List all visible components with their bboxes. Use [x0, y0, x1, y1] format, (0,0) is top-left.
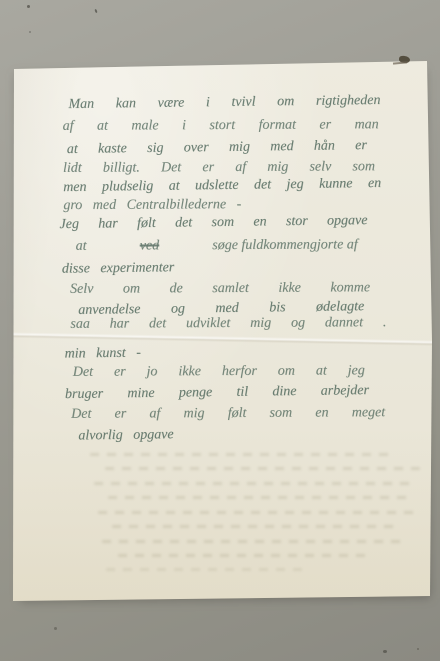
handwriting-line: bruger mine penge til dine arbejder — [65, 383, 369, 403]
handwriting-line: gro med Centralbillederne - — [63, 197, 241, 214]
handwriting-line: at ved søge fuldkommengjorte af — [76, 237, 358, 254]
handwriting-line: disse experimenter — [62, 260, 175, 277]
letter-page: Man kan være i tvivl om rigtigheden af a… — [10, 55, 434, 605]
show-through-line — [106, 568, 306, 571]
show-through-line — [90, 453, 395, 456]
show-through-line — [112, 525, 400, 528]
dust-speck — [417, 648, 419, 650]
show-through-line — [102, 540, 408, 543]
photograph-of-handwritten-letter: Man kan være i tvivl om rigtigheden af a… — [0, 0, 440, 661]
handwriting-line: Jeg har følt det som en stor opgave — [59, 213, 367, 233]
handwriting-line: men pludselig at udslette det jeg kunne … — [63, 176, 381, 196]
handwriting-line: Man kan være i tvivl om rigtigheden — [68, 93, 380, 113]
handwriting-word: at — [76, 239, 87, 255]
dust-speck — [27, 5, 30, 8]
show-through-line — [94, 482, 416, 485]
show-through-line — [118, 554, 373, 557]
dust-speck — [29, 31, 31, 33]
dust-speck — [54, 627, 57, 630]
handwriting-line: lidt billigt. Det er af mig selv som — [63, 159, 375, 177]
struck-word: ved — [140, 238, 160, 254]
handwriting-line: Det er jo ikke herfor om at jeg — [73, 363, 365, 381]
handwriting-line: Det er af mig følt som en meget — [71, 405, 385, 423]
handwriting-line: Selv om de samlet ikke komme — [70, 280, 370, 298]
handwriting-line: at kaste sig over mig med hån er — [67, 138, 367, 158]
dust-speck — [383, 650, 387, 653]
handwriting-word: søge fuldkommengjorte af — [212, 237, 358, 254]
handwritten-text-block: Man kan være i tvivl om rigtigheden af a… — [10, 53, 439, 607]
handwriting-line: saa har det udviklet mig og dannet . — [70, 315, 386, 333]
dust-speck — [94, 9, 97, 13]
show-through-line — [98, 511, 416, 514]
show-through-line — [105, 467, 420, 470]
handwriting-line: alvorlig opgave — [78, 427, 173, 444]
show-through-line — [108, 496, 408, 499]
handwriting-line: af at male i stort format er man — [63, 117, 379, 135]
handwriting-line: min kunst - — [65, 346, 141, 363]
